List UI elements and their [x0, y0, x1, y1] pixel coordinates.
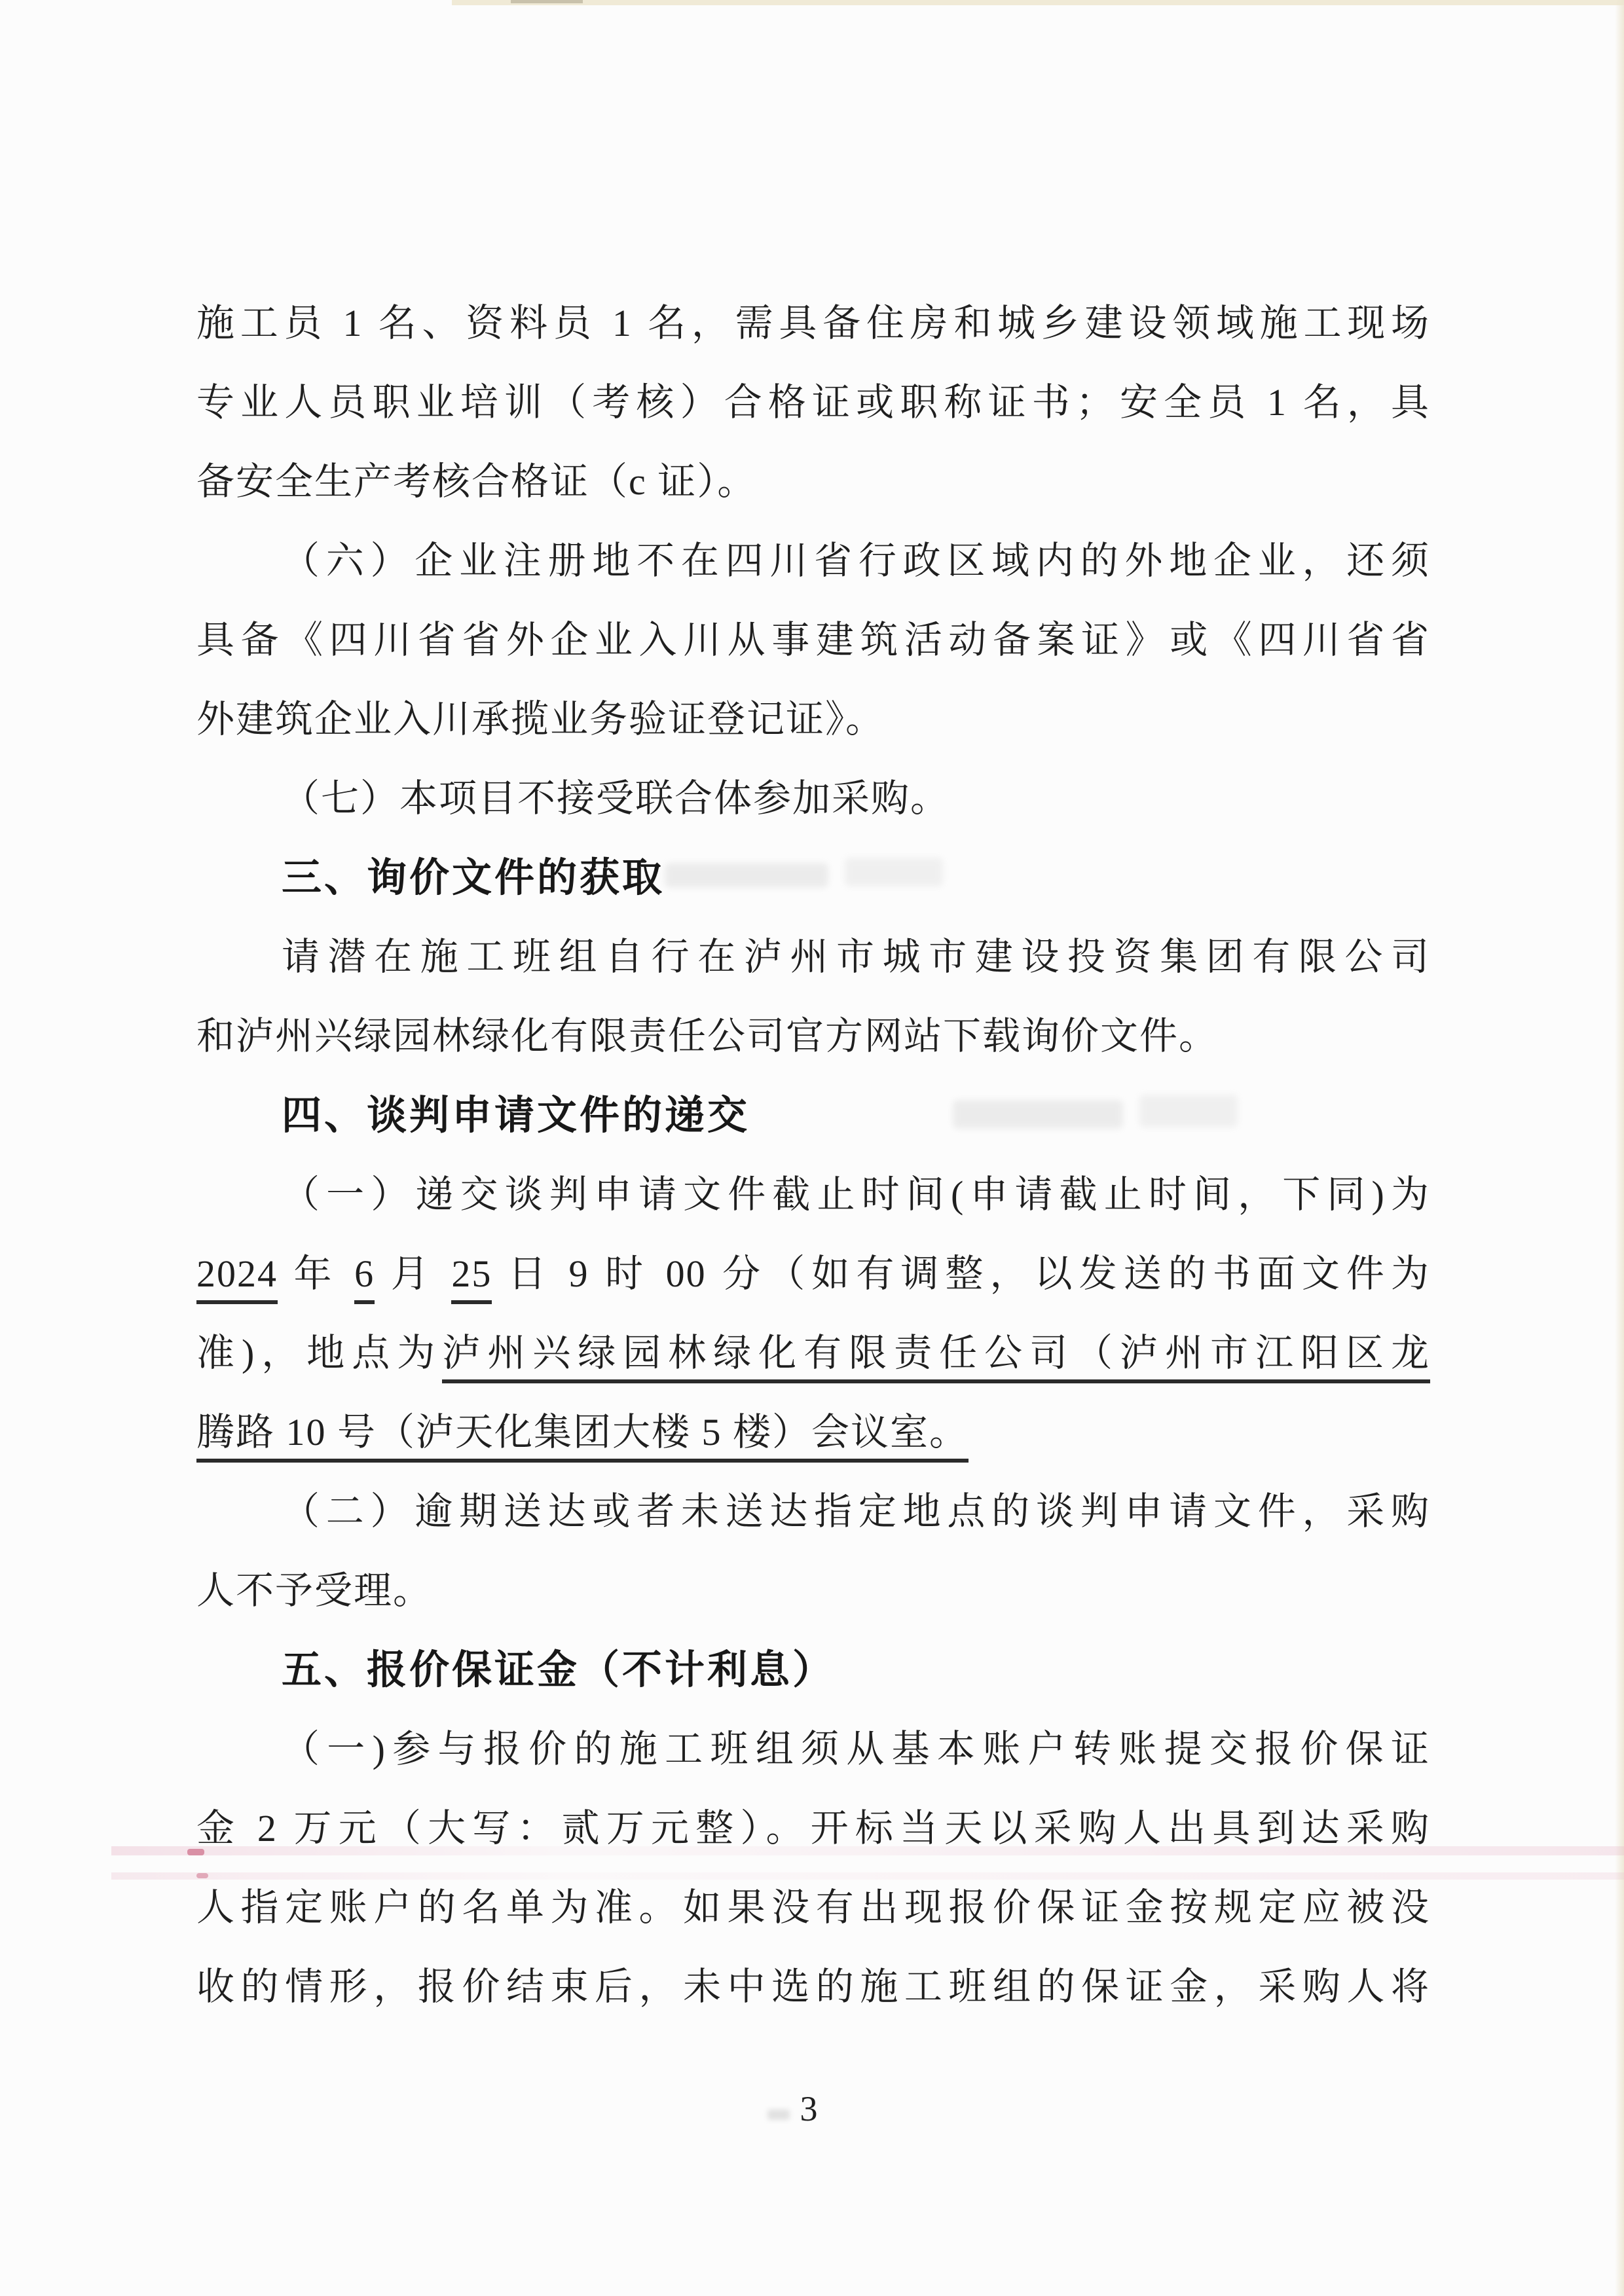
text-segment: 三、询价文件的获取 [282, 855, 665, 900]
text-line: 2024 年 6 月 25 日 9 时 00 分（如有调整，以发送的书面文件为 [196, 1234, 1430, 1313]
text-segment: 人指定账户的名单为准。如果没有出现报价保证金按规定应被没 [196, 1886, 1430, 1929]
scan-edge-top [452, 0, 1624, 5]
text-segment: 年 [278, 1252, 354, 1295]
text-line: 备安全生产考核合格证（c 证）。 [196, 442, 1430, 521]
text-line: 施工员 1 名、资料员 1 名，需具备住房和城乡建设领域施工现场 [196, 283, 1430, 363]
text-segment: 日 9 时 00 分（如有调整，以发送的书面文件为 [492, 1252, 1430, 1295]
page-number: 3 [0, 2088, 1617, 2129]
text-line: 专业人员职业培训（考核）合格证或职称证书；安全员 1 名，具 [196, 363, 1430, 442]
text-segment: （一）递交谈判申请文件截止时间(申请截止时间，下同)为 [282, 1173, 1430, 1216]
underlined-segment: 泸州兴绿园林绿化有限责任公司（泸州市江阳区龙 [442, 1332, 1430, 1383]
text-line: （一)参与报价的施工班组须从基本账户转账提交报价保证 [196, 1709, 1430, 1789]
text-line: （七）本项目不接受联合体参加采购。 [196, 759, 1430, 838]
text-segment: 人不予受理。 [196, 1569, 432, 1612]
text-segment: 专业人员职业培训（考核）合格证或职称证书；安全员 1 名，具 [196, 381, 1430, 424]
text-segment: 施工员 1 名、资料员 1 名，需具备住房和城乡建设领域施工现场 [196, 302, 1430, 344]
underlined-segment: 25 [451, 1252, 492, 1304]
text-line: 收的情形，报价结束后，未中选的施工班组的保证金，采购人将 [196, 1947, 1430, 2026]
underlined-segment: 腾路 10 号（泸天化集团大楼 5 楼）会议室。 [196, 1411, 969, 1463]
scan-edge-right [1615, 0, 1624, 2296]
section-heading: 五、报价保证金（不计利息） [196, 1630, 1430, 1709]
underlined-segment: 6 [354, 1252, 375, 1304]
text-line: （二）逾期送达或者未送达指定地点的谈判申请文件，采购 [196, 1472, 1430, 1551]
text-segment: 金 2 万元（大写：贰万元整）。开标当天以采购人出具到达采购 [196, 1807, 1430, 1850]
text-line: 人指定账户的名单为准。如果没有出现报价保证金按规定应被没 [196, 1868, 1430, 1947]
text-line: 具备《四川省省外企业入川从事建筑活动备案证》或《四川省省 [196, 600, 1430, 680]
scan-edge-top-shadow [511, 0, 583, 3]
document-body: 施工员 1 名、资料员 1 名，需具备住房和城乡建设领域施工现场专业人员职业培训… [196, 283, 1430, 2026]
section-heading: 四、谈判申请文件的递交 [196, 1076, 1430, 1155]
text-segment: （六）企业注册地不在四川省行政区域内的外地企业，还须 [282, 539, 1430, 582]
text-line: 金 2 万元（大写：贰万元整）。开标当天以采购人出具到达采购 [196, 1789, 1430, 1868]
text-segment: 和泸州兴绿园林绿化有限责任公司官方网站下载询价文件。 [196, 1015, 1218, 1057]
text-segment: （七）本项目不接受联合体参加采购。 [282, 777, 950, 820]
text-segment: 五、报价保证金（不计利息） [282, 1647, 835, 1692]
underlined-segment: 2024 [196, 1252, 278, 1304]
text-segment: 收的情形，报价结束后，未中选的施工班组的保证金，采购人将 [196, 1965, 1430, 2008]
text-line: 和泸州兴绿园林绿化有限责任公司官方网站下载询价文件。 [196, 996, 1430, 1076]
text-line: 人不予受理。 [196, 1551, 1430, 1630]
text-segment: 准)，地点为 [196, 1332, 442, 1374]
text-line: 外建筑企业入川承揽业务验证登记证》。 [196, 680, 1430, 759]
text-segment: 备安全生产考核合格证（c 证）。 [196, 460, 756, 503]
text-segment: （一)参与报价的施工班组须从基本账户转账提交报价保证 [282, 1728, 1430, 1770]
text-segment: 请潜在施工班组自行在泸州市城市建设投资集团有限公司 [282, 936, 1430, 978]
scanned-document-page: 施工员 1 名、资料员 1 名，需具备住房和城乡建设领域施工现场专业人员职业培训… [0, 0, 1624, 2296]
text-segment: 四、谈判申请文件的递交 [282, 1093, 750, 1137]
text-segment: 外建筑企业入川承揽业务验证登记证》。 [196, 698, 885, 740]
text-line: 请潜在施工班组自行在泸州市城市建设投资集团有限公司 [196, 917, 1430, 996]
text-line: （一）递交谈判申请文件截止时间(申请截止时间，下同)为 [196, 1155, 1430, 1234]
text-line: 腾路 10 号（泸天化集团大楼 5 楼）会议室。 [196, 1393, 1430, 1472]
text-segment: 具备《四川省省外企业入川从事建筑活动备案证》或《四川省省 [196, 619, 1430, 661]
text-line: 准)，地点为泸州兴绿园林绿化有限责任公司（泸州市江阳区龙 [196, 1313, 1430, 1393]
text-segment: （二）逾期送达或者未送达指定地点的谈判申请文件，采购 [282, 1490, 1430, 1533]
text-line: （六）企业注册地不在四川省行政区域内的外地企业，还须 [196, 521, 1430, 600]
section-heading: 三、询价文件的获取 [196, 838, 1430, 917]
text-segment: 月 [375, 1252, 451, 1295]
